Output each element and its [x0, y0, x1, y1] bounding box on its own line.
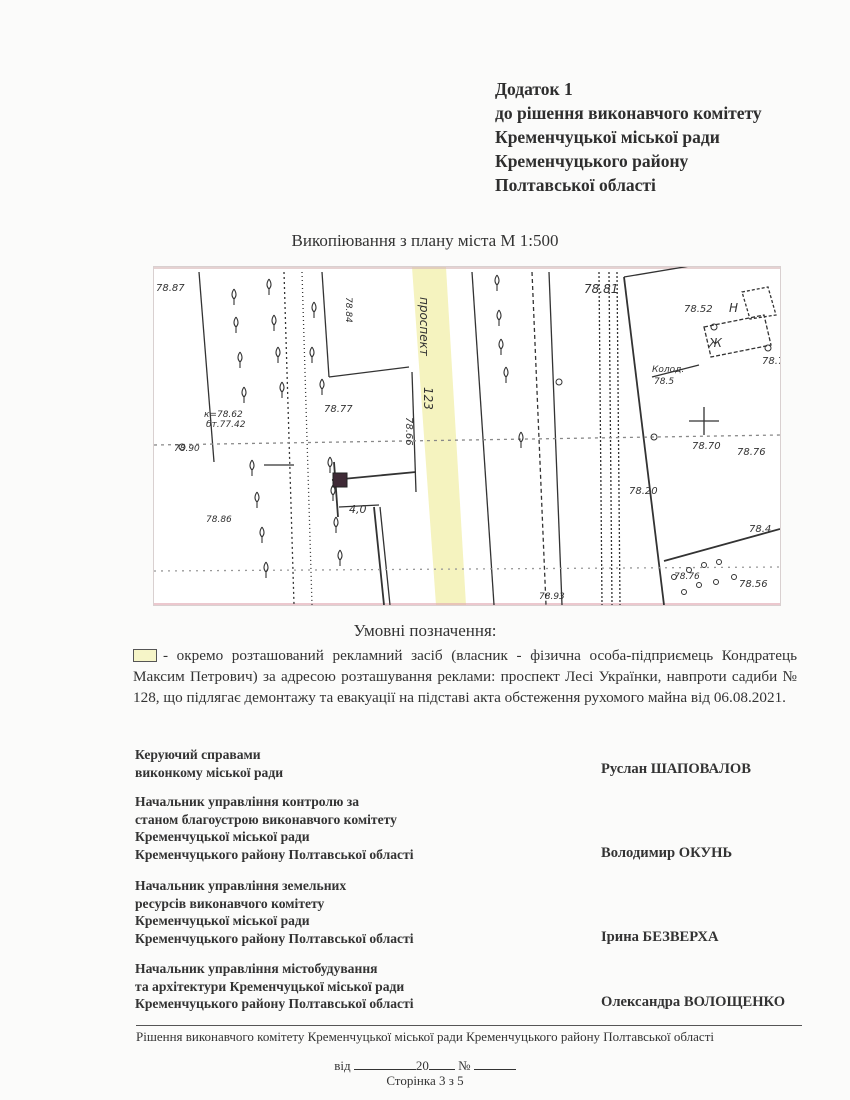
map-caption: Викопіювання з плану міста М 1:500 [0, 231, 850, 251]
footer-date-line: від 20 № [0, 1057, 850, 1074]
svg-text:78.66: 78.66 [403, 417, 414, 446]
legend-title: Умовні позначення: [0, 621, 850, 641]
ad-structure-marker [333, 473, 347, 487]
svg-text:78.78: 78.78 [762, 356, 780, 367]
signature-position-1: Керуючий справами виконкому міської ради [135, 746, 283, 781]
header-line: Кременчуцького району [495, 149, 762, 173]
appendix-header: Додаток 1 до рішення виконавчого комітет… [495, 77, 762, 197]
svg-text:78.76: 78.76 [674, 572, 700, 582]
svg-text:Н: Н [729, 301, 738, 315]
svg-text:78.70: 78.70 [692, 441, 721, 452]
svg-text:78.84: 78.84 [343, 297, 353, 323]
legend-swatch-icon [133, 649, 157, 662]
signature-name-2: Володимир ОКУНЬ [601, 845, 732, 862]
signature-position-4: Начальник управління містобудування та а… [135, 960, 414, 1013]
header-line: Полтавської області [495, 173, 762, 197]
footer-divider [136, 1025, 802, 1026]
svg-text:Ж: Ж [708, 336, 723, 350]
map-drawing: 78.87 78.81 78.52 78.78 Н Ж Колод. 78.5 … [154, 267, 780, 605]
svg-text:78.86: 78.86 [206, 515, 232, 525]
signature-name-3: Ірина БЕЗВЕРХА [601, 929, 719, 946]
number-blank [474, 1057, 516, 1070]
legend-description: - окремо розташований рекламний засіб (в… [133, 645, 797, 708]
svg-text:78.4: 78.4 [749, 524, 771, 535]
date-blank [354, 1057, 416, 1070]
signature-position-2: Начальник управління контролю за станом … [135, 793, 414, 863]
year-blank [429, 1057, 455, 1070]
svg-text:78.76: 78.76 [737, 447, 766, 458]
svg-text:бт.77.42: бт.77.42 [206, 420, 246, 430]
svg-text:Колод.: Колод. [652, 365, 684, 375]
svg-text:78.90: 78.90 [174, 444, 200, 454]
header-line: Кременчуцької міської ради [495, 125, 762, 149]
svg-text:78.52: 78.52 [684, 304, 713, 315]
header-line: до рішення виконавчого комітету [495, 101, 762, 125]
page-number: Сторінка 3 з 5 [0, 1073, 850, 1089]
svg-text:78.56: 78.56 [739, 579, 768, 590]
svg-text:к=78.62: к=78.62 [204, 410, 243, 420]
signature-name-1: Руслан ШАПОВАЛОВ [601, 761, 751, 778]
city-plan-map: 78.87 78.81 78.52 78.78 Н Ж Колод. 78.5 … [153, 266, 781, 606]
legend-text: - окремо розташований рекламний засіб (в… [133, 647, 797, 706]
svg-text:4,0: 4,0 [349, 503, 367, 516]
svg-text:78.93: 78.93 [539, 592, 565, 602]
signature-position-3: Начальник управління земельних ресурсів … [135, 877, 414, 947]
svg-text:78.81: 78.81 [584, 282, 618, 296]
svg-text:78.77: 78.77 [324, 404, 353, 415]
svg-text:78.87: 78.87 [156, 283, 185, 294]
footer-text: Рішення виконавчого комітету Кременчуцьк… [0, 1029, 850, 1045]
svg-text:проспект: проспект [417, 297, 431, 357]
header-line: Додаток 1 [495, 77, 762, 101]
signature-name-4: Олександра ВОЛОЩЕНКО [601, 994, 785, 1011]
svg-text:78.20: 78.20 [629, 486, 658, 497]
svg-text:123: 123 [421, 387, 435, 410]
svg-text:78.5: 78.5 [654, 377, 674, 387]
